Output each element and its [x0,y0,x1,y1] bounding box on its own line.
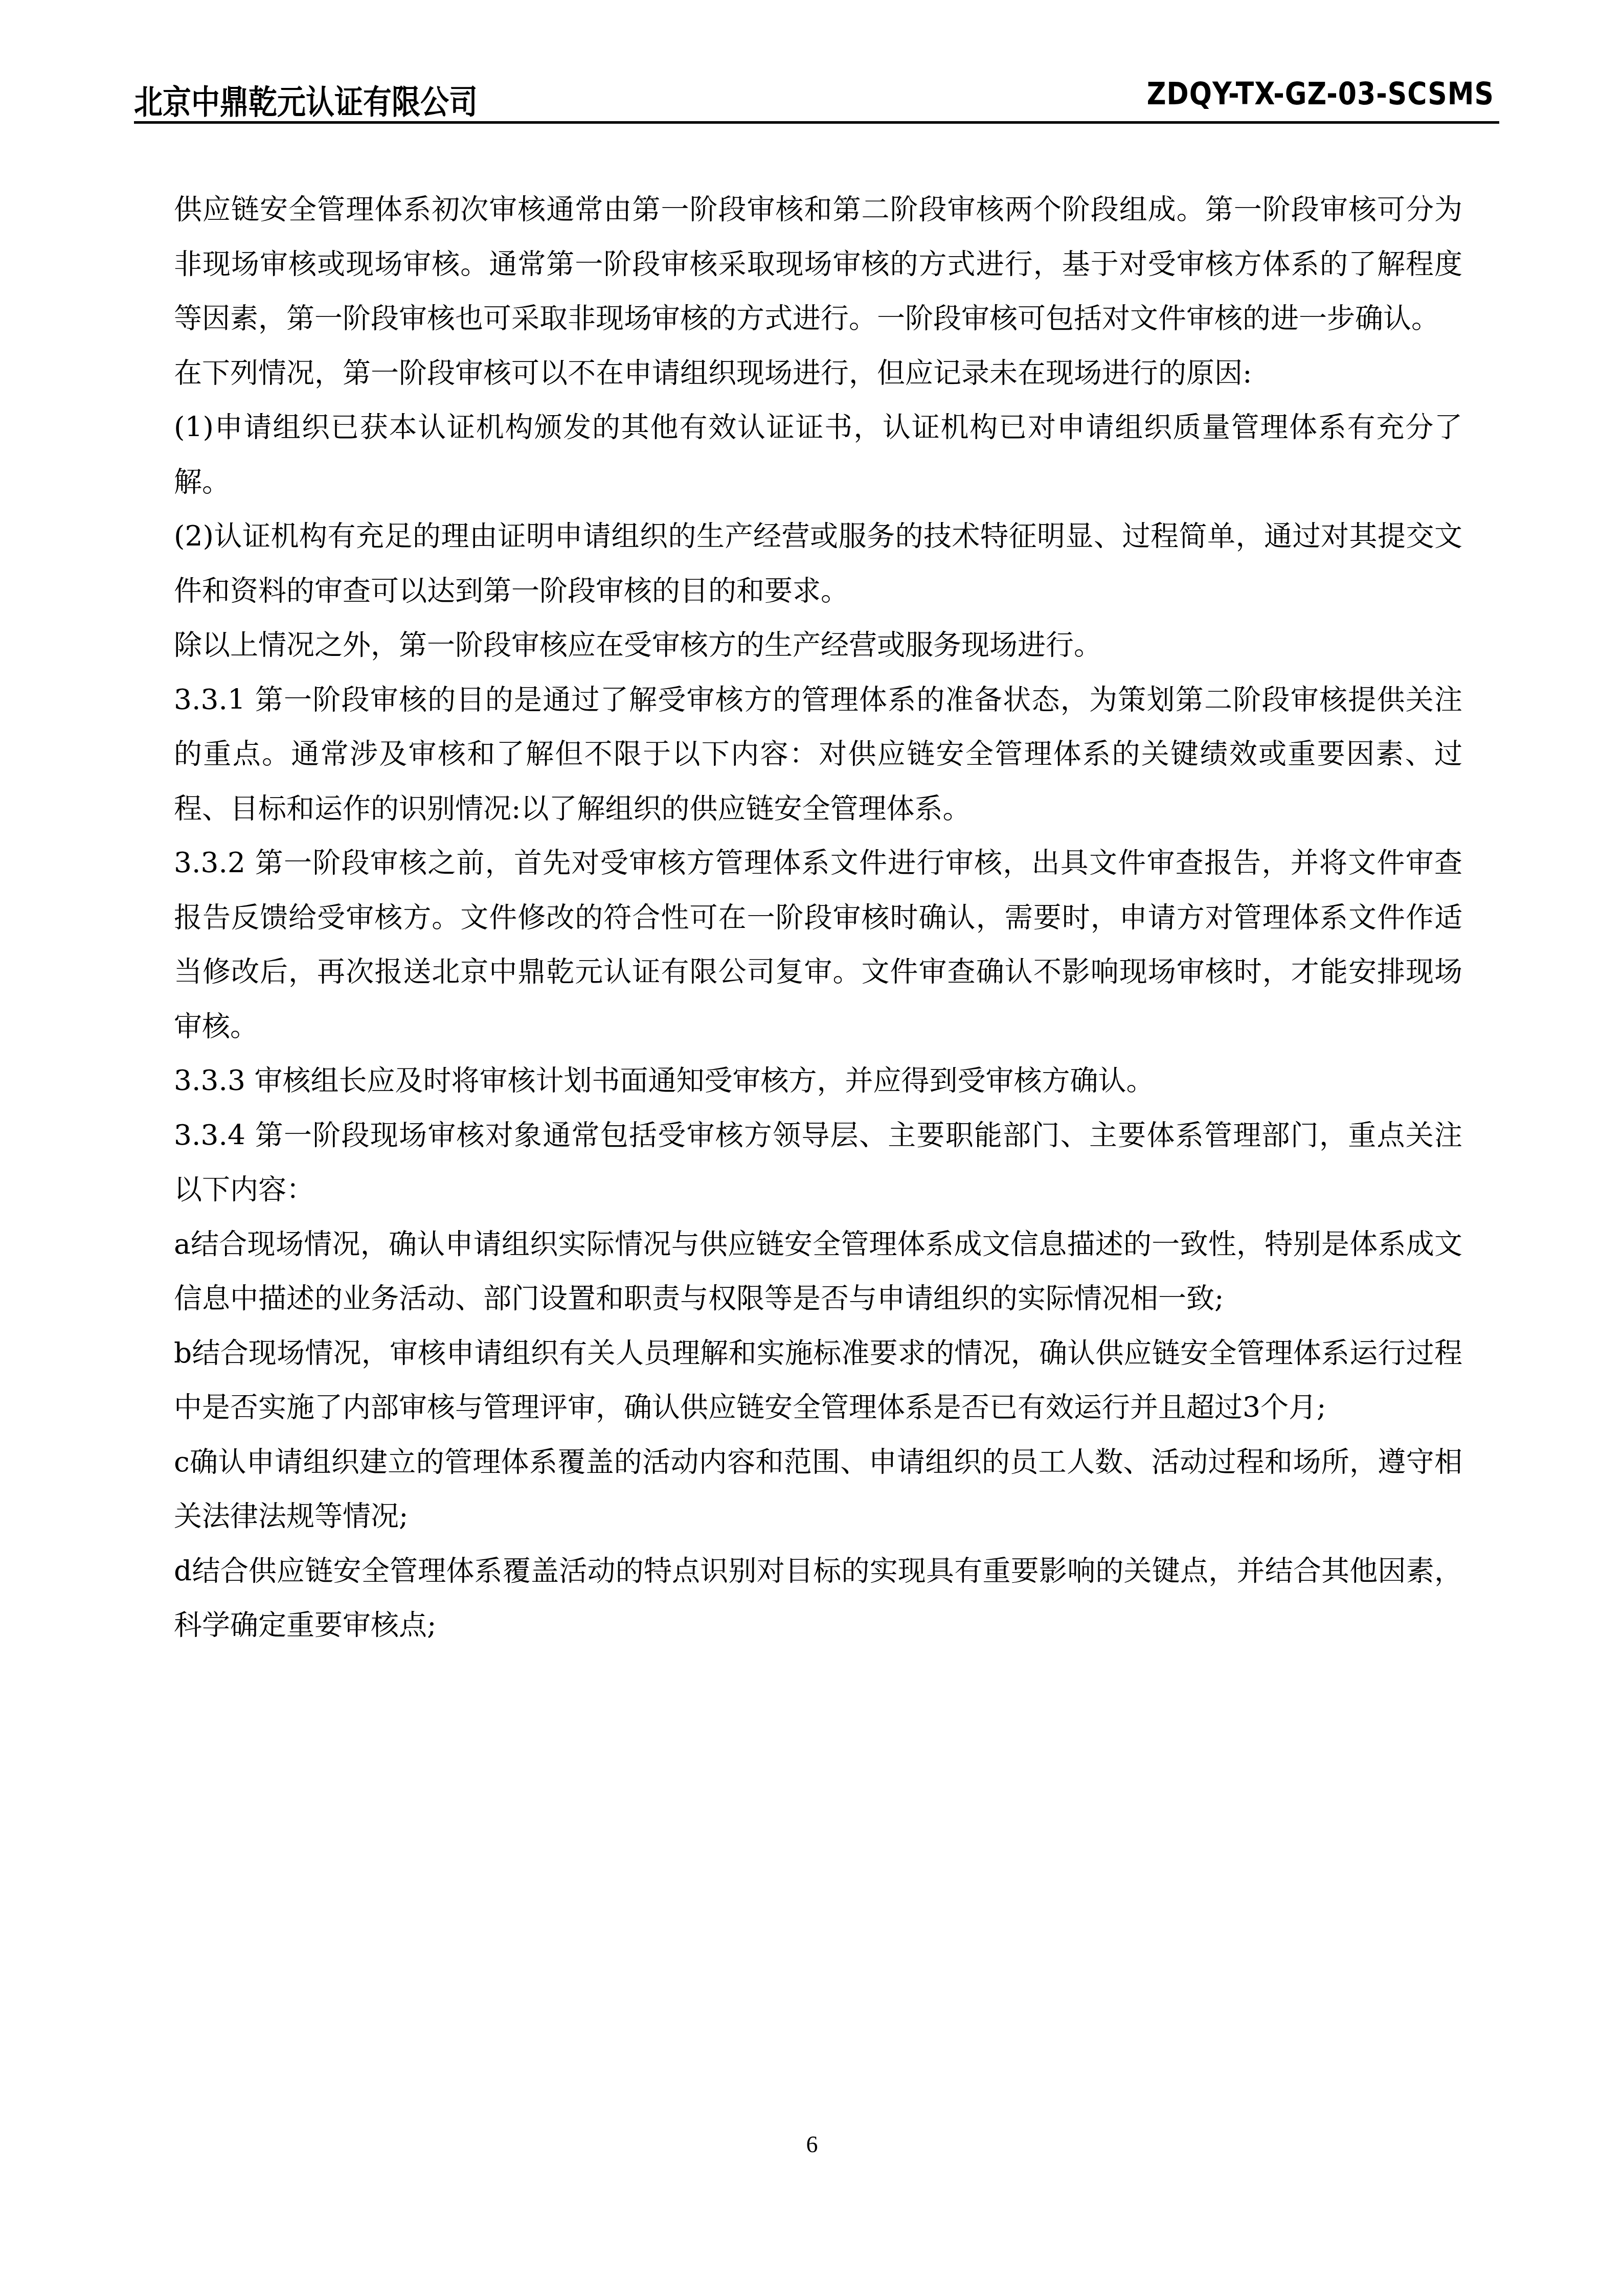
document-body: 供应链安全管理体系初次审核通常由第一阶段审核和第二阶段审核两个阶段组成。第一阶段… [174,182,1462,1652]
page-number: 6 [0,2131,1624,2158]
paragraph-3-3-2: 3.3.2 第一阶段审核之前，首先对受审核方管理体系文件进行审核，出具文件审查报… [174,835,1462,1053]
paragraph-3-3-3: 3.3.3 审核组长应及时将审核计划书面通知受审核方，并应得到受审核方确认。 [174,1053,1462,1108]
paragraph-3-3-1: 3.3.1 第一阶段审核的目的是通过了解受审核方的管理体系的准备状态，为策划第二… [174,672,1462,836]
paragraph-intro: 供应链安全管理体系初次审核通常由第一阶段审核和第二阶段审核两个阶段组成。第一阶段… [174,182,1462,346]
paragraph-exception-2: (2)认证机构有充足的理由证明申请组织的生产经营或服务的技术特征明显、过程简单，… [174,509,1462,618]
paragraph-3-3-4: 3.3.4 第一阶段现场审核对象通常包括受审核方领导层、主要职能部门、主要体系管… [174,1108,1462,1217]
paragraph-item-a: a结合现场情况，确认申请组织实际情况与供应链安全管理体系成文信息描述的一致性，特… [174,1217,1462,1326]
paragraph-item-b: b结合现场情况，审核申请组织有关人员理解和实施标准要求的情况，确认供应链安全管理… [174,1326,1462,1435]
company-name: 北京中鼎乾元认证有限公司 [134,77,478,124]
header-divider [134,121,1499,124]
paragraph-item-c: c确认申请组织建立的管理体系覆盖的活动内容和范围、申请组织的员工人数、活动过程和… [174,1435,1462,1543]
page-header: 北京中鼎乾元认证有限公司 ZDQY-TX-GZ-03-SCSMS [134,77,1494,123]
document-code: ZDQY-TX-GZ-03-SCSMS [1147,77,1494,112]
paragraph-exception-1: (1)申请组织已获本认证机构颁发的其他有效认证证书，认证机构已对申请组织质量管理… [174,400,1462,509]
paragraph-exceptions-intro: 在下列情况，第一阶段审核可以不在申请组织现场进行，但应记录未在现场进行的原因: [174,346,1462,400]
paragraph-otherwise: 除以上情况之外，第一阶段审核应在受审核方的生产经营或服务现场进行。 [174,618,1462,672]
paragraph-item-d: d结合供应链安全管理体系覆盖活动的特点识别对目标的实现具有重要影响的关键点，并结… [174,1543,1462,1652]
